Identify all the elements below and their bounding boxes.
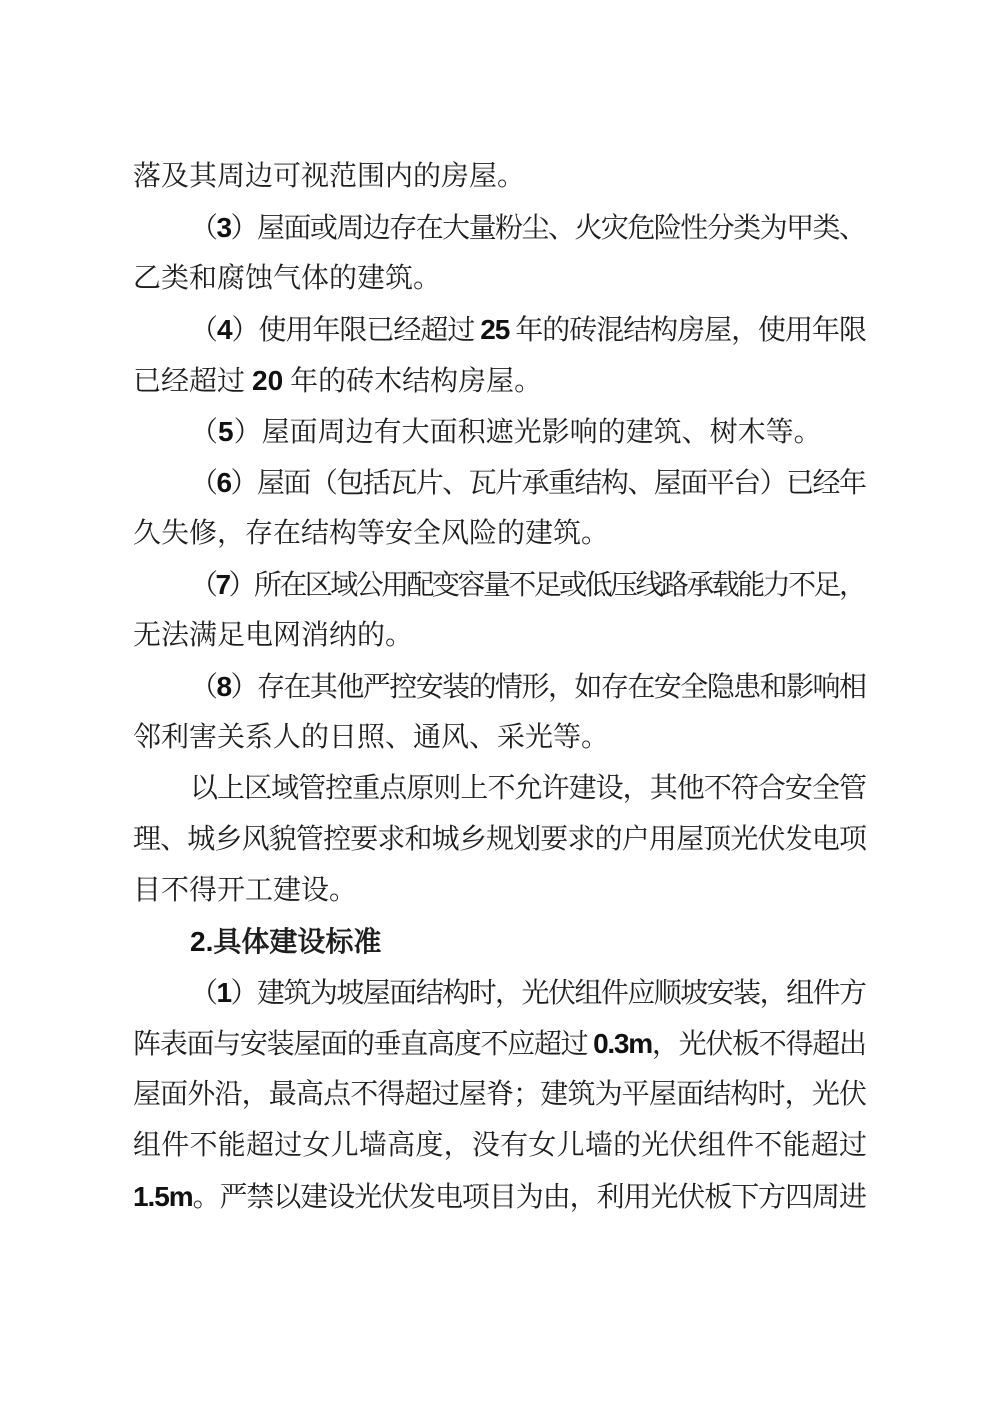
text-line: 已经超过 20 年的砖木结构房屋。 xyxy=(133,355,867,406)
text-line: （3）屋面或周边存在大量粉尘、火灾危险性分类为甲类、 xyxy=(133,202,867,253)
line-text: （1）建筑为坡屋面结构时，光伏组件应顺坡安装，组件方 xyxy=(190,967,865,1019)
text-line: （7）所在区域公用配变容量不足或低压线路承载能力不足， xyxy=(133,559,867,610)
text-line: （5）屋面周边有大面积遮光影响的建筑、树木等。 xyxy=(133,406,867,457)
text-line: （4）使用年限已经超过 25 年的砖混结构房屋，使用年限 xyxy=(133,304,867,355)
line-text: 组件不能超过女儿墙高度，没有女儿墙的光伏组件不能超过 xyxy=(133,1120,867,1171)
latin-numeral: 1 xyxy=(216,977,230,1008)
line-text: （7）所在区域公用配变容量不足或低压线路承载能力不足， xyxy=(190,559,864,611)
latin-numeral: 8 xyxy=(216,671,230,702)
latin-numeral: 2. xyxy=(190,926,213,957)
line-text: 已经超过 20 年的砖木结构房屋。 xyxy=(133,355,542,407)
latin-numeral: 6 xyxy=(216,467,230,498)
line-text: 落及其周边可视范围内的房屋。 xyxy=(133,151,525,202)
latin-numeral: 3 xyxy=(216,212,230,243)
latin-numeral: 0.3m xyxy=(593,1028,652,1059)
latin-numeral: 20 xyxy=(252,365,283,396)
document-body: 落及其周边可视范围内的房屋。（3）屋面或周边存在大量粉尘、火灾危险性分类为甲类、… xyxy=(133,151,867,1222)
document-page: 落及其周边可视范围内的房屋。（3）屋面或周边存在大量粉尘、火灾危险性分类为甲类、… xyxy=(0,0,1000,1414)
text-line: 屋面外沿，最高点不得超过屋脊；建筑为平屋面结构时，光伏 xyxy=(133,1069,867,1120)
line-text: 阵表面与安装屋面的垂直高度不应超过 0.3m，光伏板不得超出 xyxy=(133,1018,866,1070)
text-line: 阵表面与安装屋面的垂直高度不应超过 0.3m，光伏板不得超出 xyxy=(133,1018,867,1069)
line-text: （3）屋面或周边存在大量粉尘、火灾危险性分类为甲类、 xyxy=(190,202,865,254)
latin-numeral: 25 xyxy=(480,314,509,345)
text-line: 以上区域管控重点原则上不允许建设，其他不符合安全管 xyxy=(133,763,867,814)
line-text: 1.5m。严禁以建设光伏发电项目为由，利用光伏板下方四周进 xyxy=(133,1171,866,1223)
line-text: 理、城乡风貌管控要求和城乡规划要求的户用屋顶光伏发电项 xyxy=(133,814,866,865)
text-line: 目不得开工建设。 xyxy=(133,865,867,916)
line-text: （6）屋面（包括瓦片、瓦片承重结构、屋面平台）已经年 xyxy=(190,457,865,509)
text-line: 组件不能超过女儿墙高度，没有女儿墙的光伏组件不能超过 xyxy=(133,1120,867,1171)
text-line: （6）屋面（包括瓦片、瓦片承重结构、屋面平台）已经年 xyxy=(133,457,867,508)
text-line: 乙类和腐蚀气体的建筑。 xyxy=(133,253,867,304)
text-line: 1.5m。严禁以建设光伏发电项目为由，利用光伏板下方四周进 xyxy=(133,1171,867,1222)
line-text: 久失修，存在结构等安全风险的建筑。 xyxy=(133,508,609,559)
text-line: 落及其周边可视范围内的房屋。 xyxy=(133,151,867,202)
line-text: 目不得开工建设。 xyxy=(133,865,357,916)
line-text: （4）使用年限已经超过 25 年的砖混结构房屋，使用年限 xyxy=(190,304,866,356)
text-line: 邻利害关系人的日照、通风、采光等。 xyxy=(133,712,867,763)
line-text: 乙类和腐蚀气体的建筑。 xyxy=(133,253,441,304)
line-text: 以上区域管控重点原则上不允许建设，其他不符合安全管 xyxy=(190,763,866,814)
latin-numeral: 1.5m xyxy=(133,1181,193,1212)
line-text: 屋面外沿，最高点不得超过屋脊；建筑为平屋面结构时，光伏 xyxy=(133,1069,866,1120)
line-text: （5）屋面周边有大面积遮光影响的建筑、树木等。 xyxy=(190,406,822,458)
text-line: （1）建筑为坡屋面结构时，光伏组件应顺坡安装，组件方 xyxy=(133,967,867,1018)
latin-numeral: 5 xyxy=(218,416,234,447)
line-text: 邻利害关系人的日照、通风、采光等。 xyxy=(133,712,609,763)
latin-numeral: 7 xyxy=(215,569,228,600)
text-line: 无法满足电网消纳的。 xyxy=(133,610,867,661)
line-text: 2.具体建设标准 xyxy=(190,916,381,968)
section-heading: 2.具体建设标准 xyxy=(133,916,867,967)
latin-numeral: 4 xyxy=(217,314,232,345)
text-line: （8）存在其他严控安装的情形，如存在安全隐患和影响相 xyxy=(133,661,867,712)
text-line: 理、城乡风貌管控要求和城乡规划要求的户用屋顶光伏发电项 xyxy=(133,814,867,865)
text-line: 久失修，存在结构等安全风险的建筑。 xyxy=(133,508,867,559)
line-text: 无法满足电网消纳的。 xyxy=(133,610,413,661)
line-text: （8）存在其他严控安装的情形，如存在安全隐患和影响相 xyxy=(190,661,865,713)
